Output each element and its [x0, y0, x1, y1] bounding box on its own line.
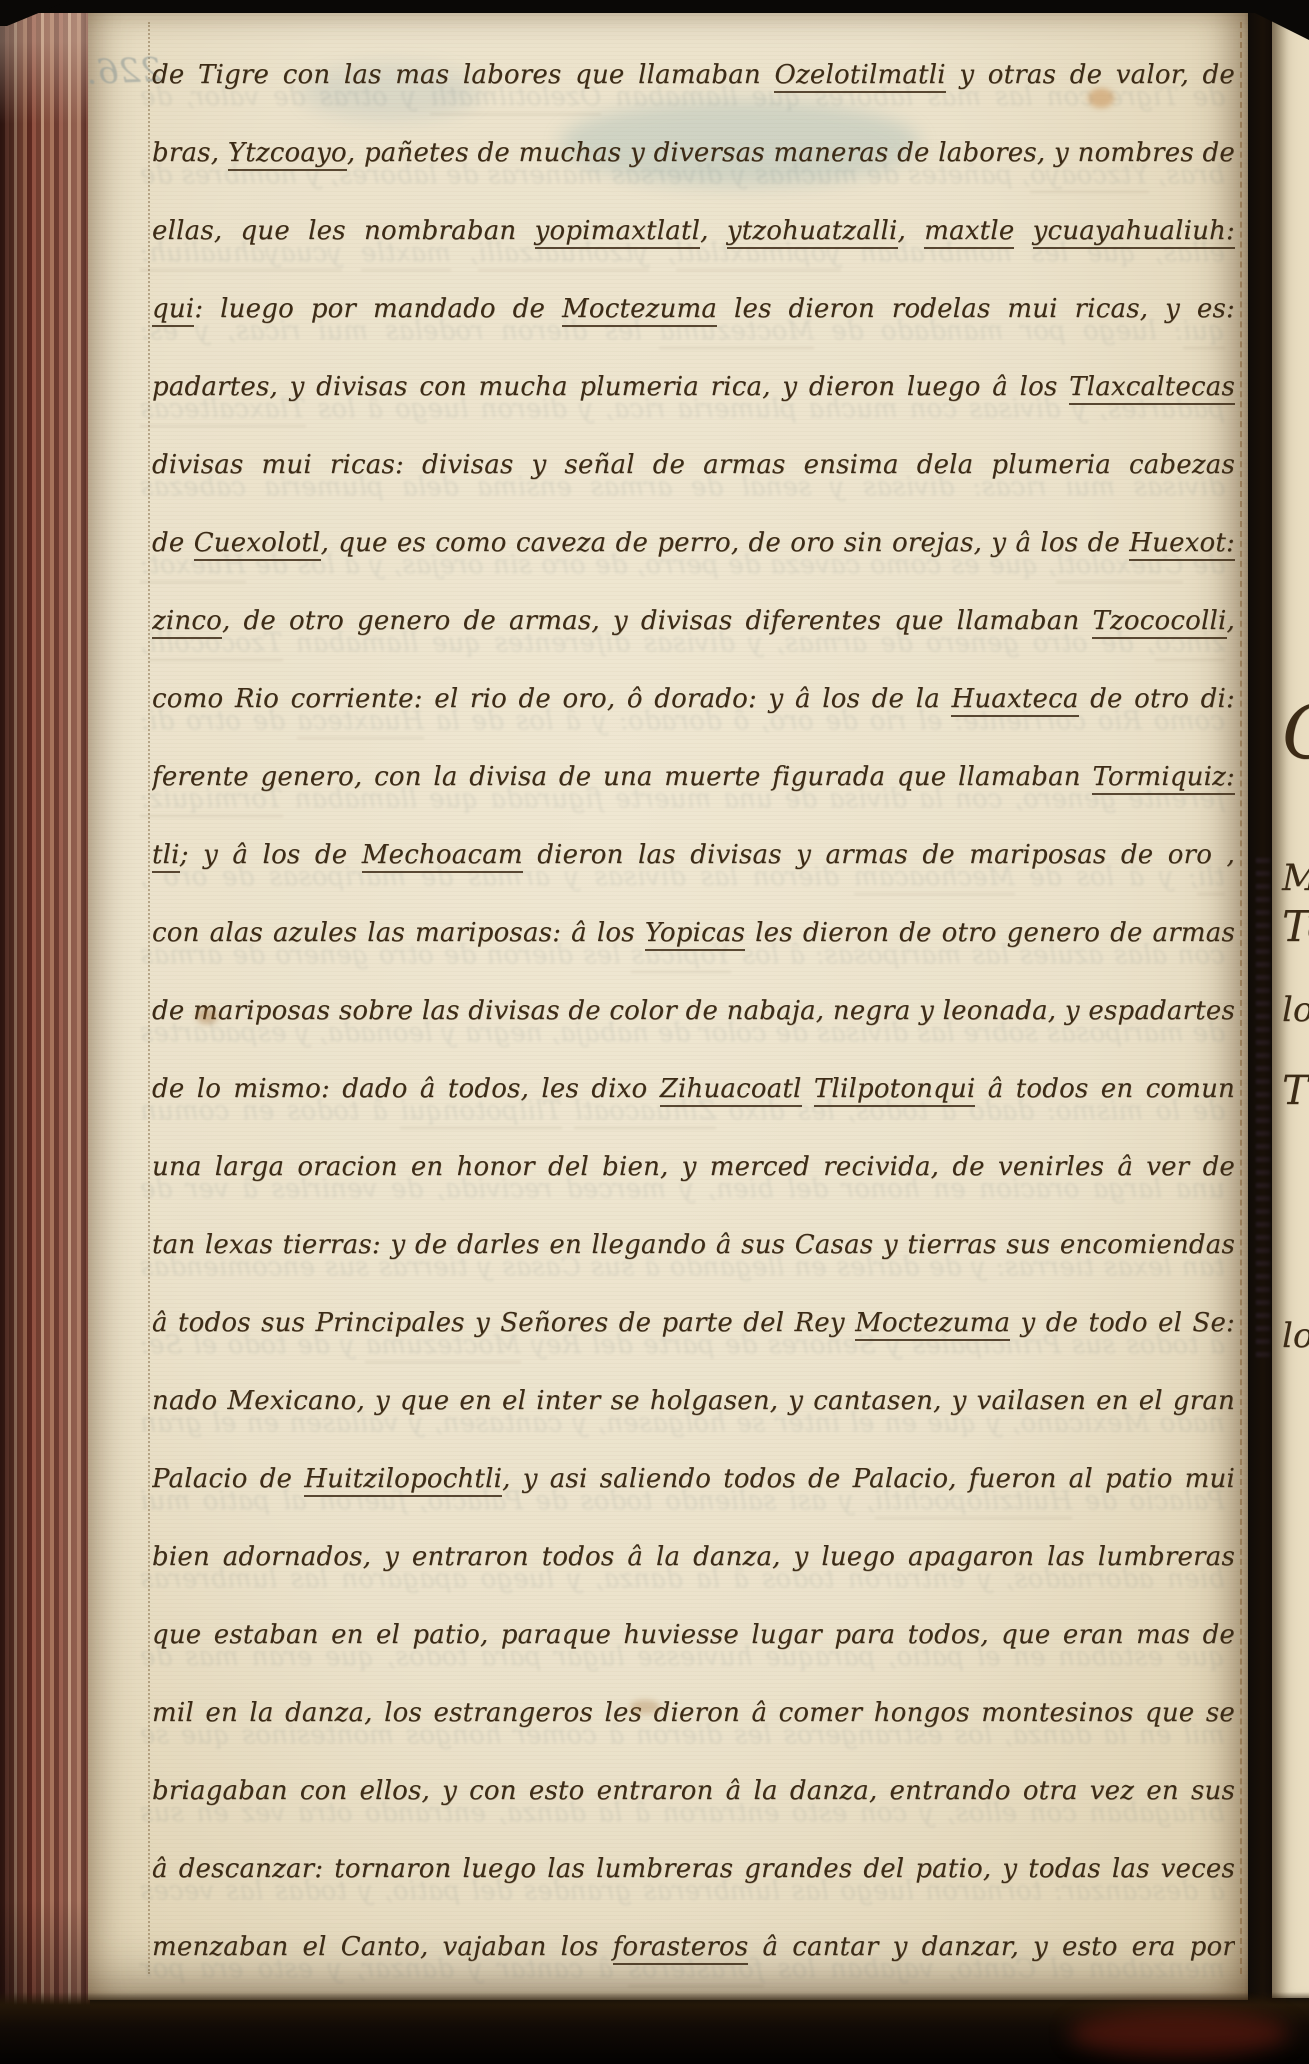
- manuscript-line: qui: luego por mandado de Moctezuma les …: [152, 270, 1235, 348]
- text-segment: de Tigre con las mas labores que llamaba…: [152, 60, 774, 90]
- left-margin-rule: [148, 22, 150, 1974]
- text-segment: con alas azules las mariposas: â los: [152, 918, 645, 948]
- text-segment: â descanzar: tornaron luego las lumbrera…: [152, 1854, 1235, 1908]
- underlined-term: Cuexolotl: [194, 528, 321, 561]
- text-segment: briagaban con ellos, y con esto entraron…: [152, 1776, 1235, 1830]
- text-segment: padartes, y divisas con mucha plumeria r…: [152, 372, 1069, 402]
- underlined-term: ytzohuatzalli: [727, 216, 898, 249]
- manuscript-line: bras, Ytzcoayo, pañetes de muchas y dive…: [152, 114, 1235, 192]
- underlined-term: yopimaxtlatl: [535, 216, 701, 249]
- manuscript-line: tli; y â los de Mechoacam dieron las div…: [152, 816, 1235, 894]
- photo-top-edge: [0, 0, 1309, 13]
- underlined-term: Huexot:: [1129, 528, 1235, 561]
- text-segment: [1014, 216, 1032, 246]
- manuscript-line: briagaban con ellos, y con esto entraron…: [152, 1752, 1235, 1830]
- manuscript-line: menzaban el Canto, vajaban los forastero…: [152, 1908, 1235, 1986]
- text-segment: nado Mexicano, y que en el inter se holg…: [152, 1386, 1235, 1416]
- manuscript-line: de Cuexolotl, que es como caveza de perr…: [152, 504, 1235, 582]
- text-segment: [802, 1074, 814, 1104]
- manuscript-line: â todos sus Principales y Señores de par…: [152, 1284, 1235, 1362]
- manuscript-line: de Tigre con las mas labores que llamaba…: [152, 36, 1235, 114]
- text-segment: de: [152, 528, 194, 558]
- underlined-term: Tlaxcaltecas: [1069, 372, 1235, 405]
- manuscript-photo: 226. de Tigre con las mas labores que ll…: [0, 0, 1309, 2064]
- text-segment: , de otro genero de armas, y divisas dif…: [222, 606, 1092, 636]
- text-segment: menzaban el Canto, vajaban los: [152, 1932, 613, 1962]
- underlined-term: Tormiquiz:: [1092, 762, 1235, 795]
- manuscript-line: ellas, que les nombraban yopimaxtlatl, y…: [152, 192, 1235, 270]
- book-spine-page-edges: [0, 0, 90, 2064]
- manuscript-line: bien adornados, y entraron todos â la da…: [152, 1518, 1235, 1596]
- facing-page-fragment: T: [1282, 1068, 1309, 1114]
- text-segment: â todos sus Principales y Señores de par…: [152, 1308, 855, 1338]
- text-segment: ; y â los de: [180, 840, 362, 870]
- text-segment: Palacio de: [152, 1464, 304, 1494]
- manuscript-line: de mariposas sobre las divisas de color …: [152, 972, 1235, 1050]
- underlined-term: Huaxteca: [951, 684, 1078, 717]
- text-segment: les dieron de otro genero de armas: [745, 918, 1235, 948]
- underlined-term: Zihuacoatl: [660, 1074, 802, 1107]
- underlined-term: Ytzcoayo: [228, 138, 347, 171]
- underlined-term: Tlilpotonqui: [814, 1074, 976, 1107]
- underlined-term: ycuayahualiuh:: [1033, 216, 1235, 249]
- text-segment: â todos en comun: [975, 1074, 1235, 1104]
- text-segment: , y asi saliendo todos de Palacio, fuero…: [502, 1464, 1235, 1494]
- text-segment: y de todo el Se:: [1010, 1308, 1235, 1338]
- text-segment: bien adornados, y entraron todos â la da…: [152, 1542, 1235, 1572]
- facing-page-fragment: lo: [1282, 1316, 1309, 1356]
- ghost-page-number: 226.: [51, 50, 162, 94]
- manuscript-line: con alas azules las mariposas: â los Yop…: [152, 894, 1235, 972]
- underlined-term: Tzococolli: [1092, 606, 1226, 639]
- manuscript-line: de lo mismo: dado â todos, les dixo Zihu…: [152, 1050, 1235, 1128]
- manuscript-line: mil en la danza, los estrangeros les die…: [152, 1674, 1235, 1752]
- text-segment: ellas, que les nombraban: [152, 216, 535, 246]
- text-segment: : luego por mandado de: [194, 294, 562, 324]
- underlined-term: Mechoacam: [362, 840, 523, 873]
- text-segment: de lo mismo: dado â todos, les dixo: [152, 1074, 660, 1104]
- underlined-term: Moctezuma: [855, 1308, 1010, 1341]
- underlined-term: Yopicas: [645, 918, 745, 951]
- text-segment: de otro di:: [1079, 684, 1235, 714]
- underlined-term: Moctezuma: [562, 294, 717, 327]
- underlined-term: zinco: [152, 606, 222, 639]
- underlined-term: Ozelotilmatli: [774, 60, 945, 93]
- text-segment: , que es como caveza de perro, de oro si…: [321, 528, 1130, 558]
- text-segment: ferente genero, con la divisa de una mue…: [152, 762, 1092, 792]
- text-segment: ,: [898, 216, 925, 246]
- manuscript-line: tan lexas tierras: y de darles en llegan…: [152, 1206, 1235, 1284]
- text-segment: una larga oracion en honor del bien, y m…: [152, 1152, 1235, 1182]
- manuscript-line: ferente genero, con la divisa de una mue…: [152, 738, 1235, 816]
- facing-page-fragment: Te: [1282, 902, 1309, 951]
- underlined-term: tli: [152, 840, 180, 873]
- manuscript-line: que estaban en el patio, paraque huviess…: [152, 1596, 1235, 1674]
- manuscript-line: padartes, y divisas con mucha plumeria r…: [152, 348, 1235, 426]
- manuscript-line: Palacio de Huitzilopochtli, y asi salien…: [152, 1440, 1235, 1518]
- text-segment: que estaban en el patio, paraque huviess…: [152, 1620, 1235, 1674]
- underlined-term: Huitzilopochtli: [304, 1464, 502, 1497]
- text-segment: les dieron rodelas mui ricas, y es:: [717, 294, 1235, 324]
- facing-page-fragment: C: [1282, 690, 1309, 776]
- manuscript-line: â descanzar: tornaron luego las lumbrera…: [152, 1830, 1235, 1908]
- text-segment: , pañetes de muchas y diversas maneras d…: [347, 138, 1235, 168]
- text-segment: mil en la danza, los estrangeros les die…: [152, 1698, 1235, 1752]
- text-segment: tan lexas tierras: y de darles en llegan…: [152, 1230, 1235, 1260]
- text-segment: divisas mui ricas: divisas y señal de ar…: [152, 450, 1235, 480]
- underlined-term: qui: [152, 294, 194, 327]
- text-segment: de mariposas sobre las divisas de color …: [152, 996, 1235, 1026]
- underlined-term: forasteros: [613, 1932, 749, 1965]
- manuscript-line: divisas mui ricas: divisas y señal de ar…: [152, 426, 1235, 504]
- text-segment: como Rio corriente: el rio de oro, ô dor…: [152, 684, 951, 714]
- text-segment: dieron las divisas y armas de mariposas …: [523, 840, 1235, 870]
- facing-page-fragment: M: [1282, 858, 1309, 899]
- right-margin-rule: [1240, 22, 1242, 1974]
- underlined-term: maxtle: [924, 216, 1014, 249]
- facing-page-fragment: lo: [1282, 990, 1309, 1030]
- manuscript-text: de Tigre con las mas labores que llamaba…: [152, 36, 1235, 1986]
- manuscript-line: zinco, de otro genero de armas, y divisa…: [152, 582, 1235, 660]
- photo-bottom-edge: [0, 1992, 1309, 2064]
- text-segment: bras,: [152, 138, 228, 168]
- text-segment: ,: [1227, 606, 1235, 636]
- manuscript-line: nado Mexicano, y que en el inter se holg…: [152, 1362, 1235, 1440]
- manuscript-line: como Rio corriente: el rio de oro, ô dor…: [152, 660, 1235, 738]
- manuscript-line: una larga oracion en honor del bien, y m…: [152, 1128, 1235, 1206]
- text-segment: ,: [700, 216, 727, 246]
